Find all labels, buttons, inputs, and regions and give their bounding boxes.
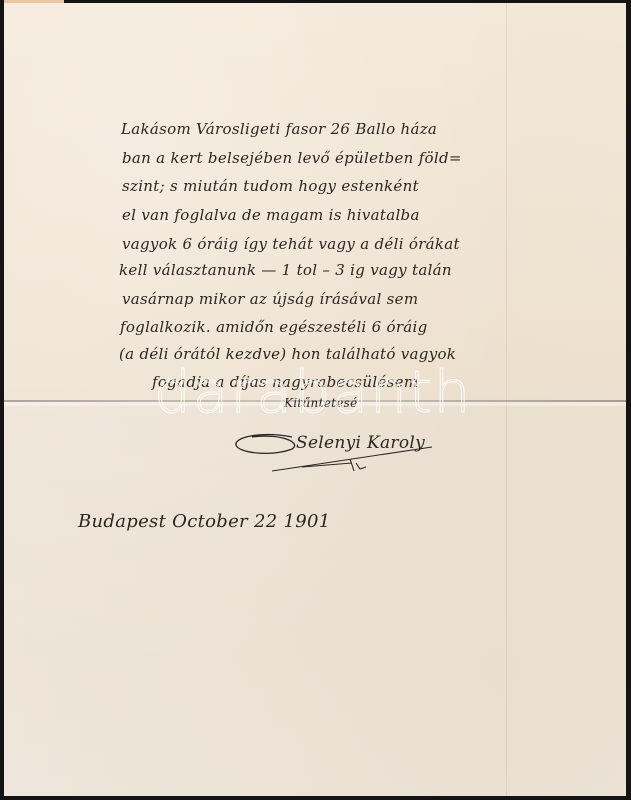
letter-line-6: kell választanunk — 1 tol – 3 ig vagy ta… [119, 261, 452, 279]
letter-line-5: vagyok 6 óráig így tehát vagy a déli órá… [122, 235, 460, 253]
letter-line-2: ban a kert belsejében levő épületben föl… [122, 149, 462, 167]
letter-line-3: szint; s miután tudom hogy estenként [122, 177, 419, 195]
scanned-document: Lakásom Városligeti fasor 26 Ballo háza … [0, 0, 631, 800]
place-and-date: Budapest October 22 1901 [78, 511, 331, 532]
letter-closing: fogadja a díjas nagyrabecsülésem [152, 373, 418, 391]
watermark: darabanth [154, 358, 472, 426]
signature: Selenyi Karoly [296, 433, 425, 453]
letter-line-8: foglalkozik. amidőn egészestéli 6 óráig [120, 318, 428, 336]
letter-line-7: vasárnap mikor az újság írásával sem [122, 290, 418, 308]
letter-line-4: el van foglalva de magam is hivatalba [122, 206, 420, 224]
letter-closing-2: Kitűntetésé [284, 396, 358, 410]
letter-paper: Lakásom Városligeti fasor 26 Ballo háza … [4, 3, 626, 796]
letter-line-1: Lakásom Városligeti fasor 26 Ballo háza [121, 120, 437, 138]
letter-line-9: (a déli órától kezdve) hon található vag… [119, 345, 456, 363]
